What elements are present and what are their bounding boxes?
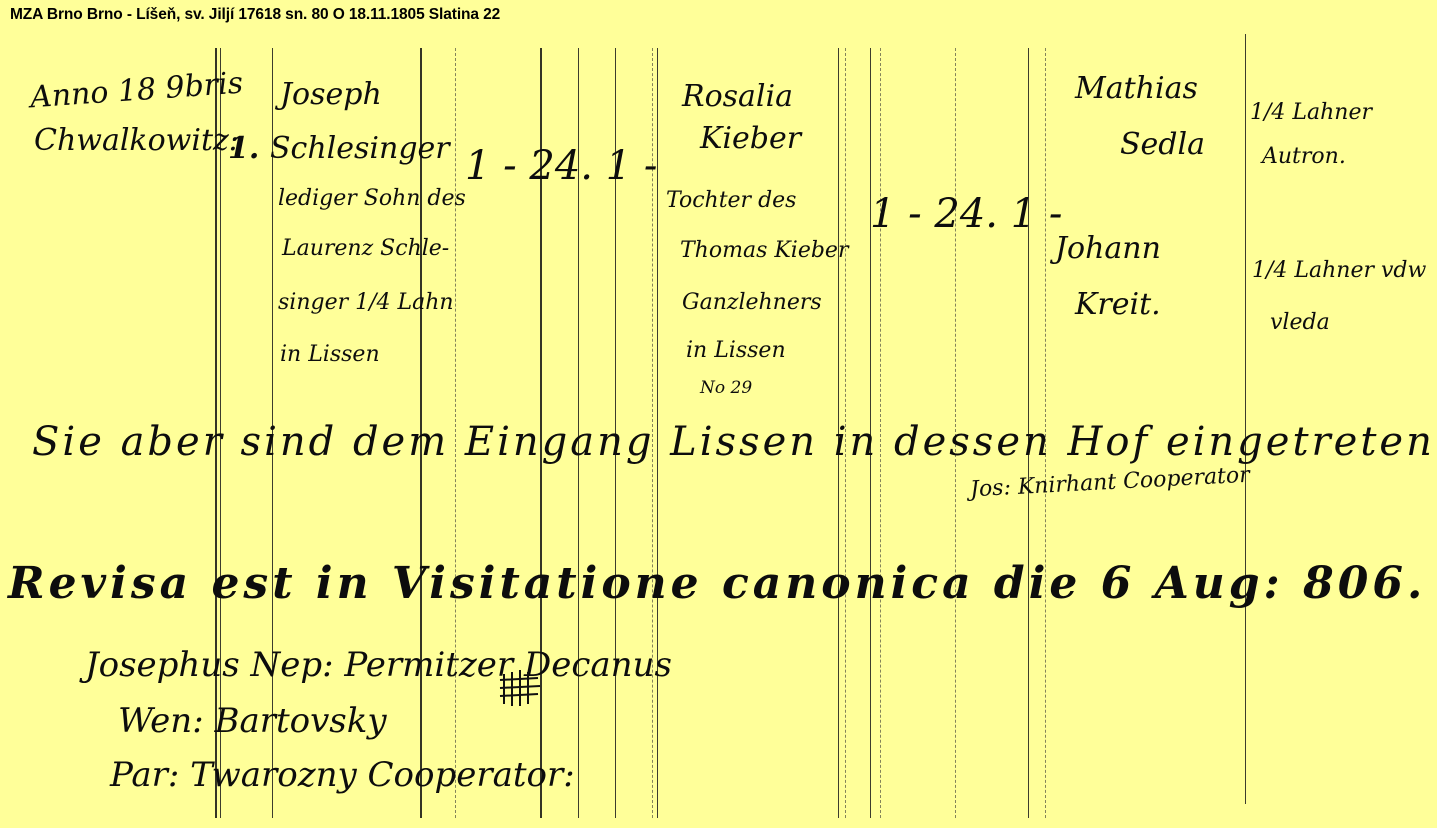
bride-name: Rosalia — [682, 82, 793, 112]
groom-name: Joseph — [280, 80, 382, 110]
signature-decanus: Josephus Nep: Permitzer Decanus — [85, 648, 672, 682]
signature-cooperator: Jos: Knirhant Cooperator — [970, 465, 1251, 502]
groom-detail: in Lissen — [280, 344, 380, 366]
witness-2-note: 1/4 Lahner vdw — [1252, 260, 1426, 282]
groom-detail: Laurenz Schle- — [282, 238, 449, 260]
bride-marks: 1 - 24. 1 - — [870, 194, 1062, 234]
groom-detail: lediger Sohn des — [278, 188, 466, 210]
entry-date: Anno 18 9bris — [29, 69, 244, 114]
signature-bartovsky: Wen: Bartovsky — [118, 704, 387, 738]
bride-detail: Thomas Kieber — [680, 240, 848, 262]
bride-surname: Kieber — [700, 124, 801, 154]
bride-detail: Tochter des — [666, 190, 796, 212]
register-scan: Anno 18 9bris Chwalkowitz: 1. Joseph Sch… — [0, 34, 1437, 828]
groom-detail: singer 1/4 Lahn — [278, 292, 454, 314]
witness-1-surname: Sedla — [1120, 130, 1205, 160]
witness-1-note: Autron. — [1262, 146, 1346, 168]
witness-1-note: 1/4 Lahner — [1250, 102, 1372, 124]
house-number: 1. — [228, 134, 259, 164]
witness-2-name: Johann — [1055, 234, 1161, 264]
witness-2-note: vleda — [1270, 312, 1330, 334]
note-line: Sie aber sind dem Eingang Lissen in dess… — [32, 422, 1437, 462]
witness-1-name: Mathias — [1075, 74, 1198, 104]
seal-mark-icon — [498, 666, 542, 710]
revision-note: Revisa est in Visitatione canonica die 6… — [8, 562, 1426, 606]
bride-detail: No 29 — [700, 380, 752, 397]
bride-detail: Ganzlehners — [682, 292, 822, 314]
groom-surname: Schlesinger — [270, 134, 450, 164]
signature-twarozny: Par: Twarozny Cooperator: — [110, 758, 575, 792]
bride-detail: in Lissen — [686, 340, 786, 362]
entry-village: Chwalkowitz: — [34, 126, 239, 156]
witness-2-surname: Kreit. — [1075, 290, 1161, 320]
groom-marks: 1 - 24. 1 - — [465, 146, 657, 186]
document-caption: MZA Brno Brno - Líšeň, sv. Jiljí 17618 s… — [10, 6, 500, 24]
